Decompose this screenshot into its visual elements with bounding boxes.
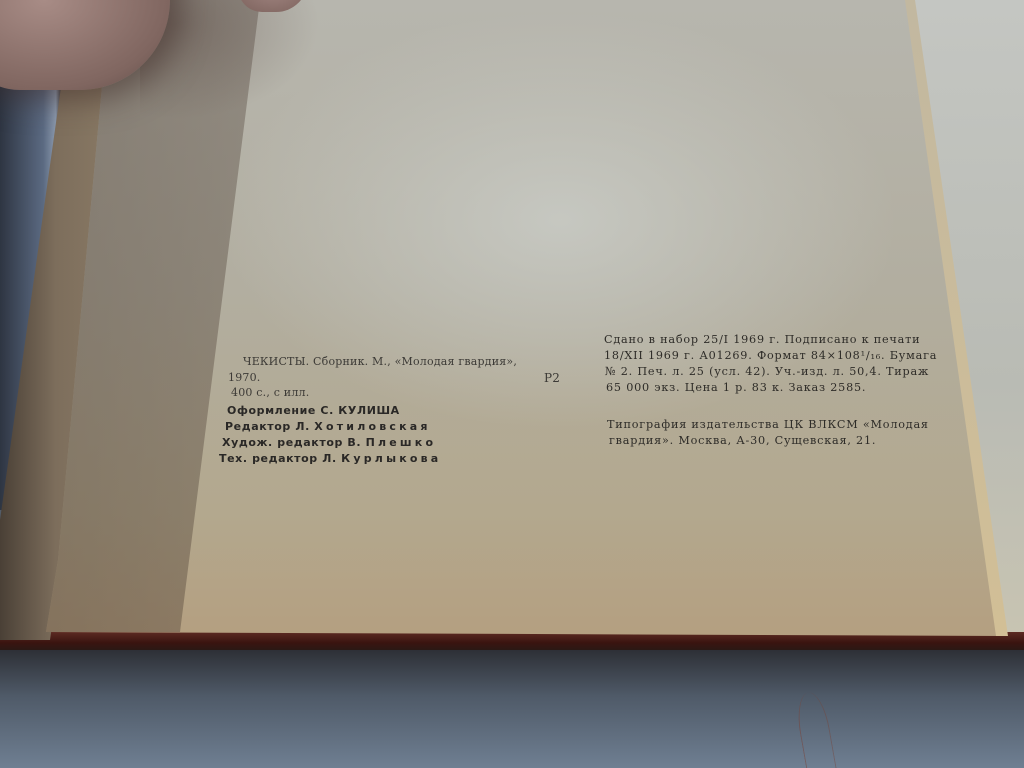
credit-design: Оформление С. КУЛИША — [227, 404, 400, 417]
credit-art-editor-role: Худож. редактор В. — [222, 436, 361, 449]
printing-line-1: Сдано в набор 25/I 1969 г. Подписано к п… — [604, 333, 920, 346]
credit-editor-role: Редактор Л. — [225, 420, 310, 433]
table-surface — [0, 648, 1024, 768]
credit-art-editor: Худож. редактор В. Плешко — [222, 436, 436, 449]
printer-line-1: Типография издательства ЦК ВЛКСМ «Молода… — [607, 418, 929, 431]
printing-line-2: 18/XII 1969 г. А01269. Формат 84×108¹/₁₆… — [604, 349, 937, 362]
credit-art-editor-name: Плешко — [366, 436, 437, 449]
credit-tech-editor: Тех. редактор Л. Курлыкова — [219, 452, 441, 465]
bib-classification-code: Р2 — [544, 371, 560, 385]
printing-line-3: № 2. Печ. л. 25 (усл. 42). Уч.-изд. л. 5… — [605, 365, 929, 378]
credit-editor-name: Хотиловская — [314, 420, 430, 433]
printer-line-2: гвардия». Москва, А-30, Сущевская, 21. — [609, 434, 876, 447]
credit-tech-editor-name: Курлыкова — [341, 452, 441, 465]
credit-editor: Редактор Л. Хотиловская — [225, 420, 431, 433]
bib-line-pages: 400 с., с илл. — [231, 386, 309, 399]
bib-line-year: 1970. — [228, 371, 261, 384]
bib-line-title: ЧЕКИСТЫ. Сборник. М., «Молодая гвардия», — [243, 355, 517, 368]
printing-line-4: 65 000 экз. Цена 1 р. 83 к. Заказ 2585. — [606, 381, 866, 394]
credit-tech-editor-role: Тех. редактор Л. — [219, 452, 337, 465]
